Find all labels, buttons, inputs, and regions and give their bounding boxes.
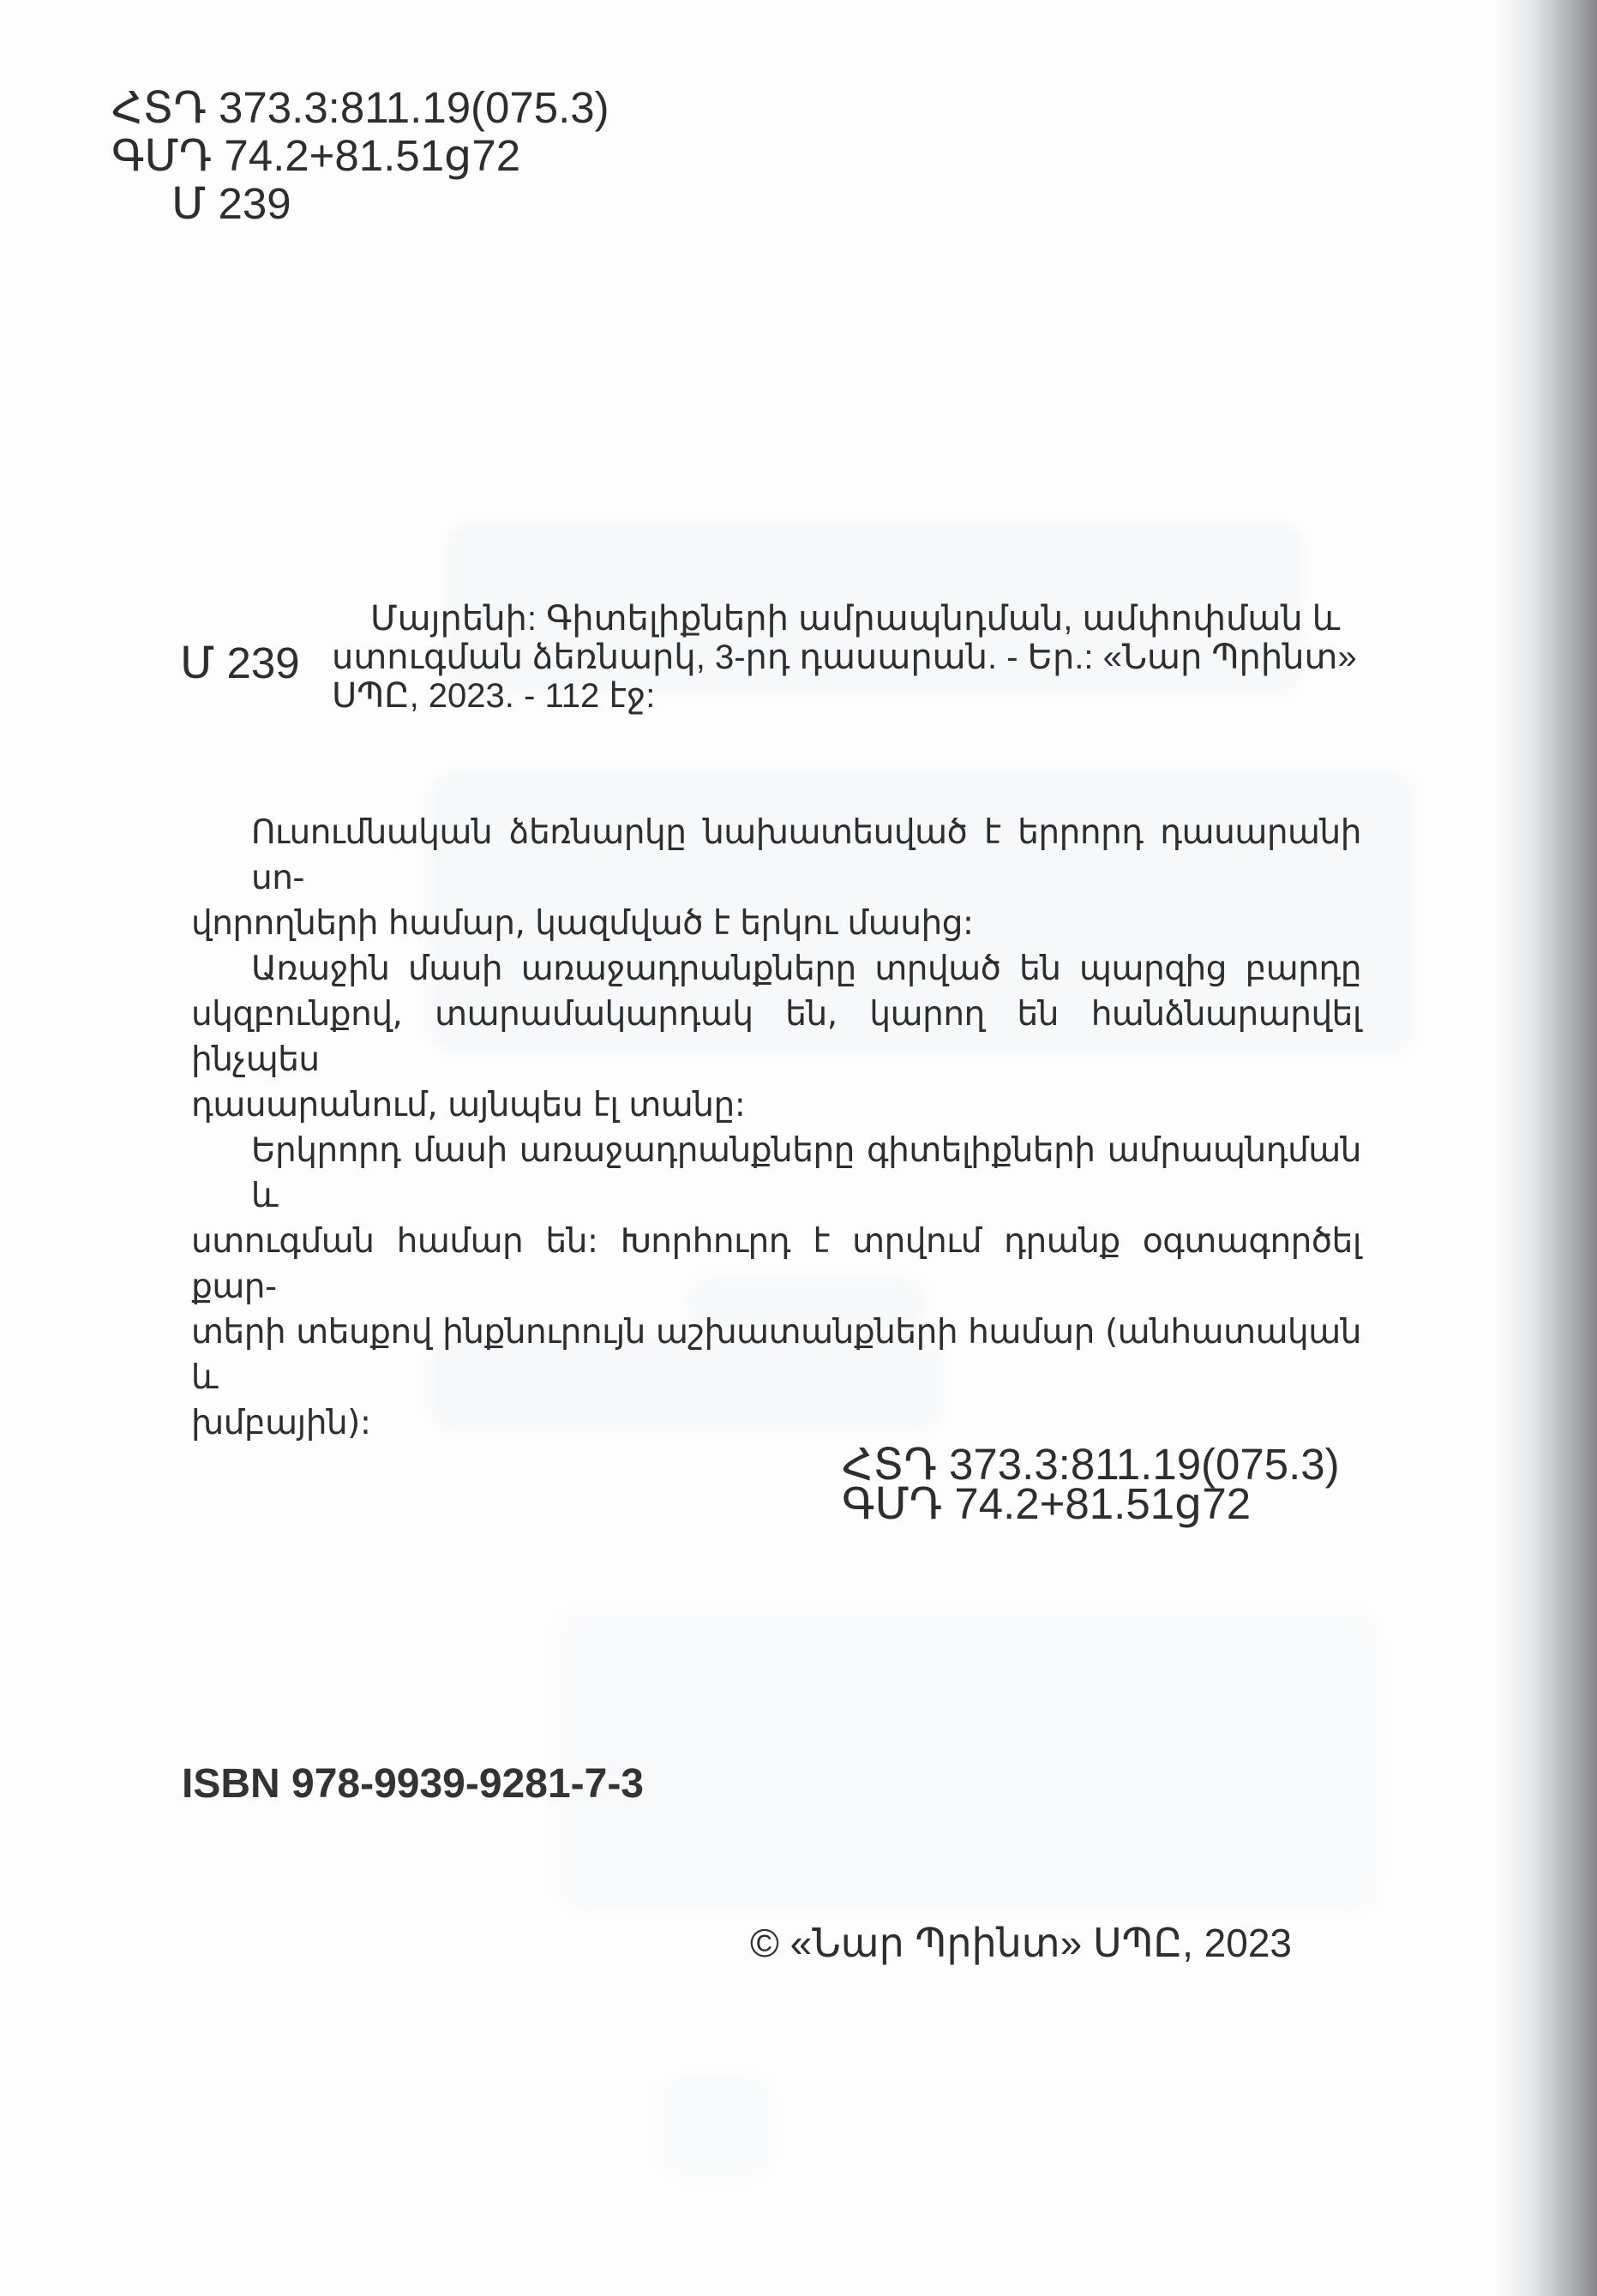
abstract-line: սկզբունքով, տարամակարդակ են, կարող են հա… — [191, 992, 1361, 1082]
author-mark: Մ 239 — [111, 180, 609, 228]
catalog-line: ստուգման ձեռնարկ, 3-րդ դասարան. - Եր.: «… — [332, 638, 1318, 677]
catalog-author-mark: Մ 239 — [180, 641, 300, 685]
bbk-code: ԳՄԴ 74.2+81.51ց72 — [842, 1484, 1340, 1524]
classification-top: ՀՏԴ 373.3:811.19(075.3) ԳՄԴ 74.2+81.51ց7… — [111, 84, 609, 228]
book-imprint-page: ՀՏԴ 373.3:811.19(075.3) ԳՄԴ 74.2+81.51ց7… — [0, 0, 1597, 2296]
abstract-line: տերի տեսքով ինքնուրույն աշխատանքների համ… — [191, 1310, 1361, 1400]
abstract-line: ստուգման համար են: Խորհուրդ է տրվում դրա… — [191, 1219, 1361, 1310]
abstract-paragraph: Առաջին մասի առաջադրանքները տրված են պարզ… — [191, 946, 1361, 1128]
bleed-through-credits — [557, 1611, 1380, 1911]
abstract-line: Երկրորդ մասի առաջադրանքները գիտելիքների … — [191, 1128, 1361, 1219]
catalog-line: ՍՊԸ, 2023. - 112 էջ: — [332, 677, 1318, 716]
abstract: Ուսումնական ձեռնարկը նախատեսված է երրորդ… — [191, 810, 1361, 1446]
catalog-entry: Մայրենի: Գիտելիքների ամրապնդման, ամփոփմա… — [332, 600, 1318, 716]
abstract-line: վորողների համար, կազմված է երկու մասից: — [191, 901, 1361, 946]
catalog-line: Մայրենի: Գիտելիքների ամրապնդման, ամփոփմա… — [332, 600, 1318, 638]
copyright-notice: © «Նար Պրինտ» ՍՊԸ, 2023 — [750, 1923, 1292, 1963]
isbn: ISBN 978-9939-9281-7-3 — [182, 1764, 644, 1805]
abstract-line: Ուսումնական ձեռնարկը նախատեսված է երրորդ… — [191, 810, 1361, 901]
bleed-through-year — [660, 2074, 771, 2177]
abstract-line: դասարանում, այնպես էլ տանը: — [191, 1082, 1361, 1128]
udc-code: ՀՏԴ 373.3:811.19(075.3) — [111, 84, 609, 132]
page-gutter-shadow — [1494, 0, 1597, 2296]
classification-bottom: ՀՏԴ 373.3:811.19(075.3) ԳՄԴ 74.2+81.51ց7… — [842, 1445, 1340, 1524]
abstract-paragraph: Ուսումնական ձեռնարկը նախատեսված է երրորդ… — [191, 810, 1361, 946]
bbk-code: ԳՄԴ 74.2+81.51ց72 — [111, 132, 609, 180]
abstract-line: Առաջին մասի առաջադրանքները տրված են պարզ… — [191, 946, 1361, 992]
abstract-paragraph: Երկրորդ մասի առաջադրանքները գիտելիքների … — [191, 1128, 1361, 1446]
